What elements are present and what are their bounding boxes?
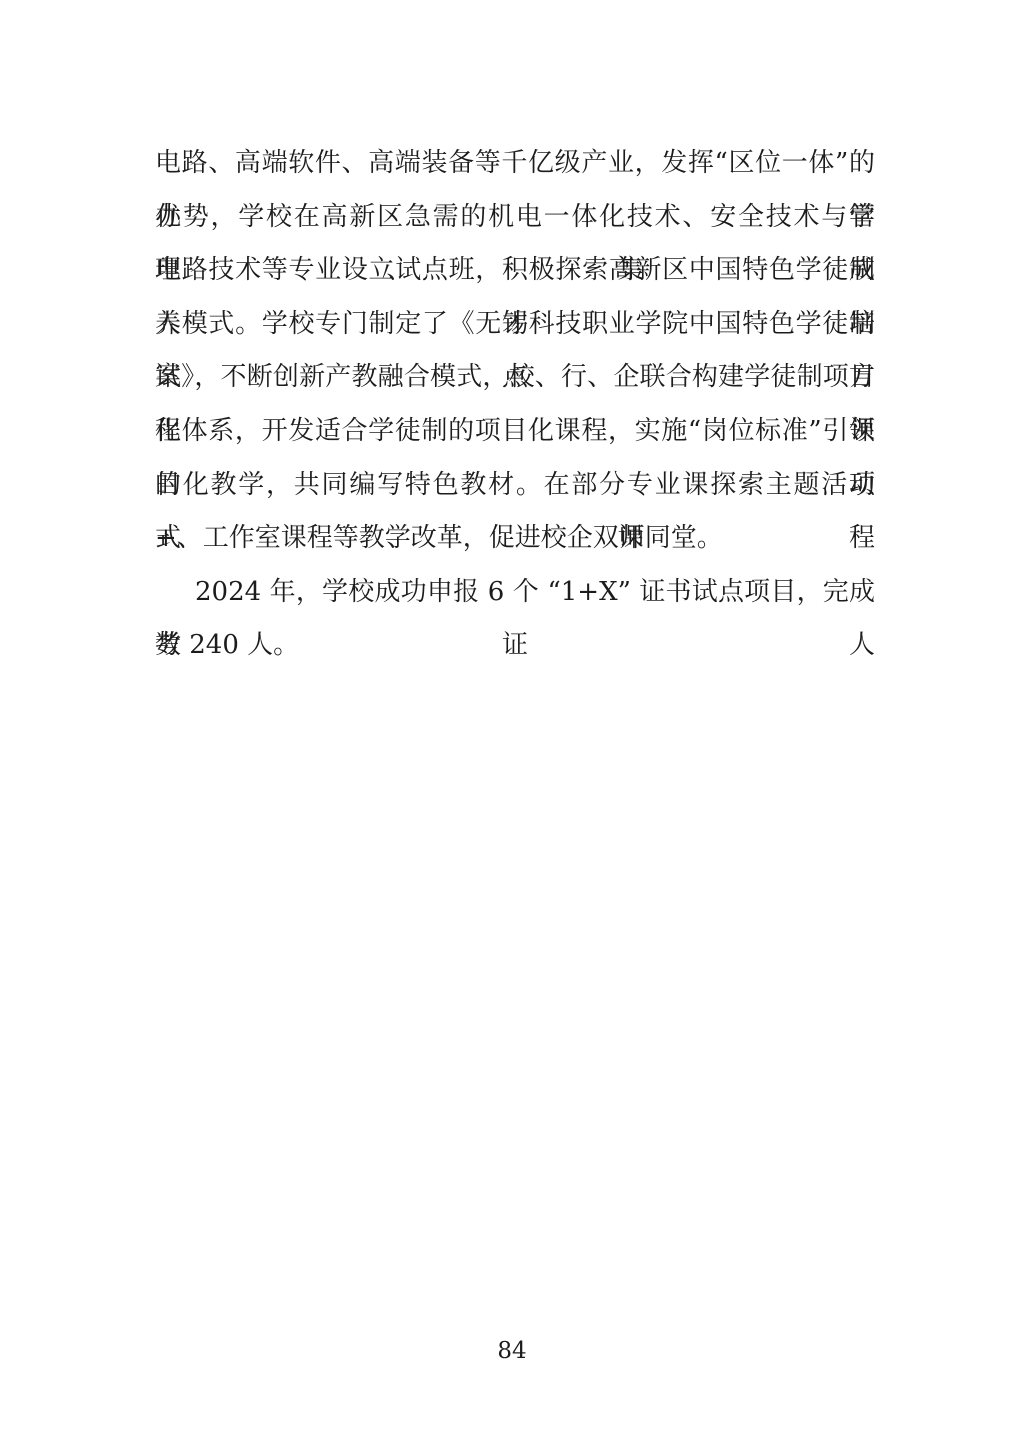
text-line: 案》，不断创新产教融合模式，校、行、企联合构建学徒制项目化课 — [155, 351, 875, 405]
text-line: 目化教学，共同编写特色教材。在部分专业课探索主题活动式、课程 — [155, 459, 875, 513]
body-text: 电路、高端软件、高端装备等千亿级产业，发挥“区位一体”的办学 优势，学校在高新区… — [155, 137, 875, 673]
text-line: 电路技术等专业设立试点班，积极探索高新区中国特色学徒制人才培 — [155, 244, 875, 298]
page-number: 84 — [0, 1336, 1024, 1366]
text-line: 电路、高端软件、高端装备等千亿级产业，发挥“区位一体”的办学 — [155, 137, 875, 191]
document-page: 电路、高端软件、高端装备等千亿级产业，发挥“区位一体”的办学 优势，学校在高新区… — [0, 0, 1024, 1448]
text-line: 养模式。学校专门制定了《无锡科技职业学院中国特色学徒制试点方 — [155, 298, 875, 352]
text-line-paragraph-start: 2024 年，学校成功申报 6 个 “1+X” 证书试点项目，完成考证人 — [155, 566, 875, 620]
text-line: 优势，学校在高新区急需的机电一体化技术、安全技术与管理、集成 — [155, 191, 875, 245]
text-line: 程体系，开发适合学徒制的项目化课程，实施“岗位标准”引领的项 — [155, 405, 875, 459]
